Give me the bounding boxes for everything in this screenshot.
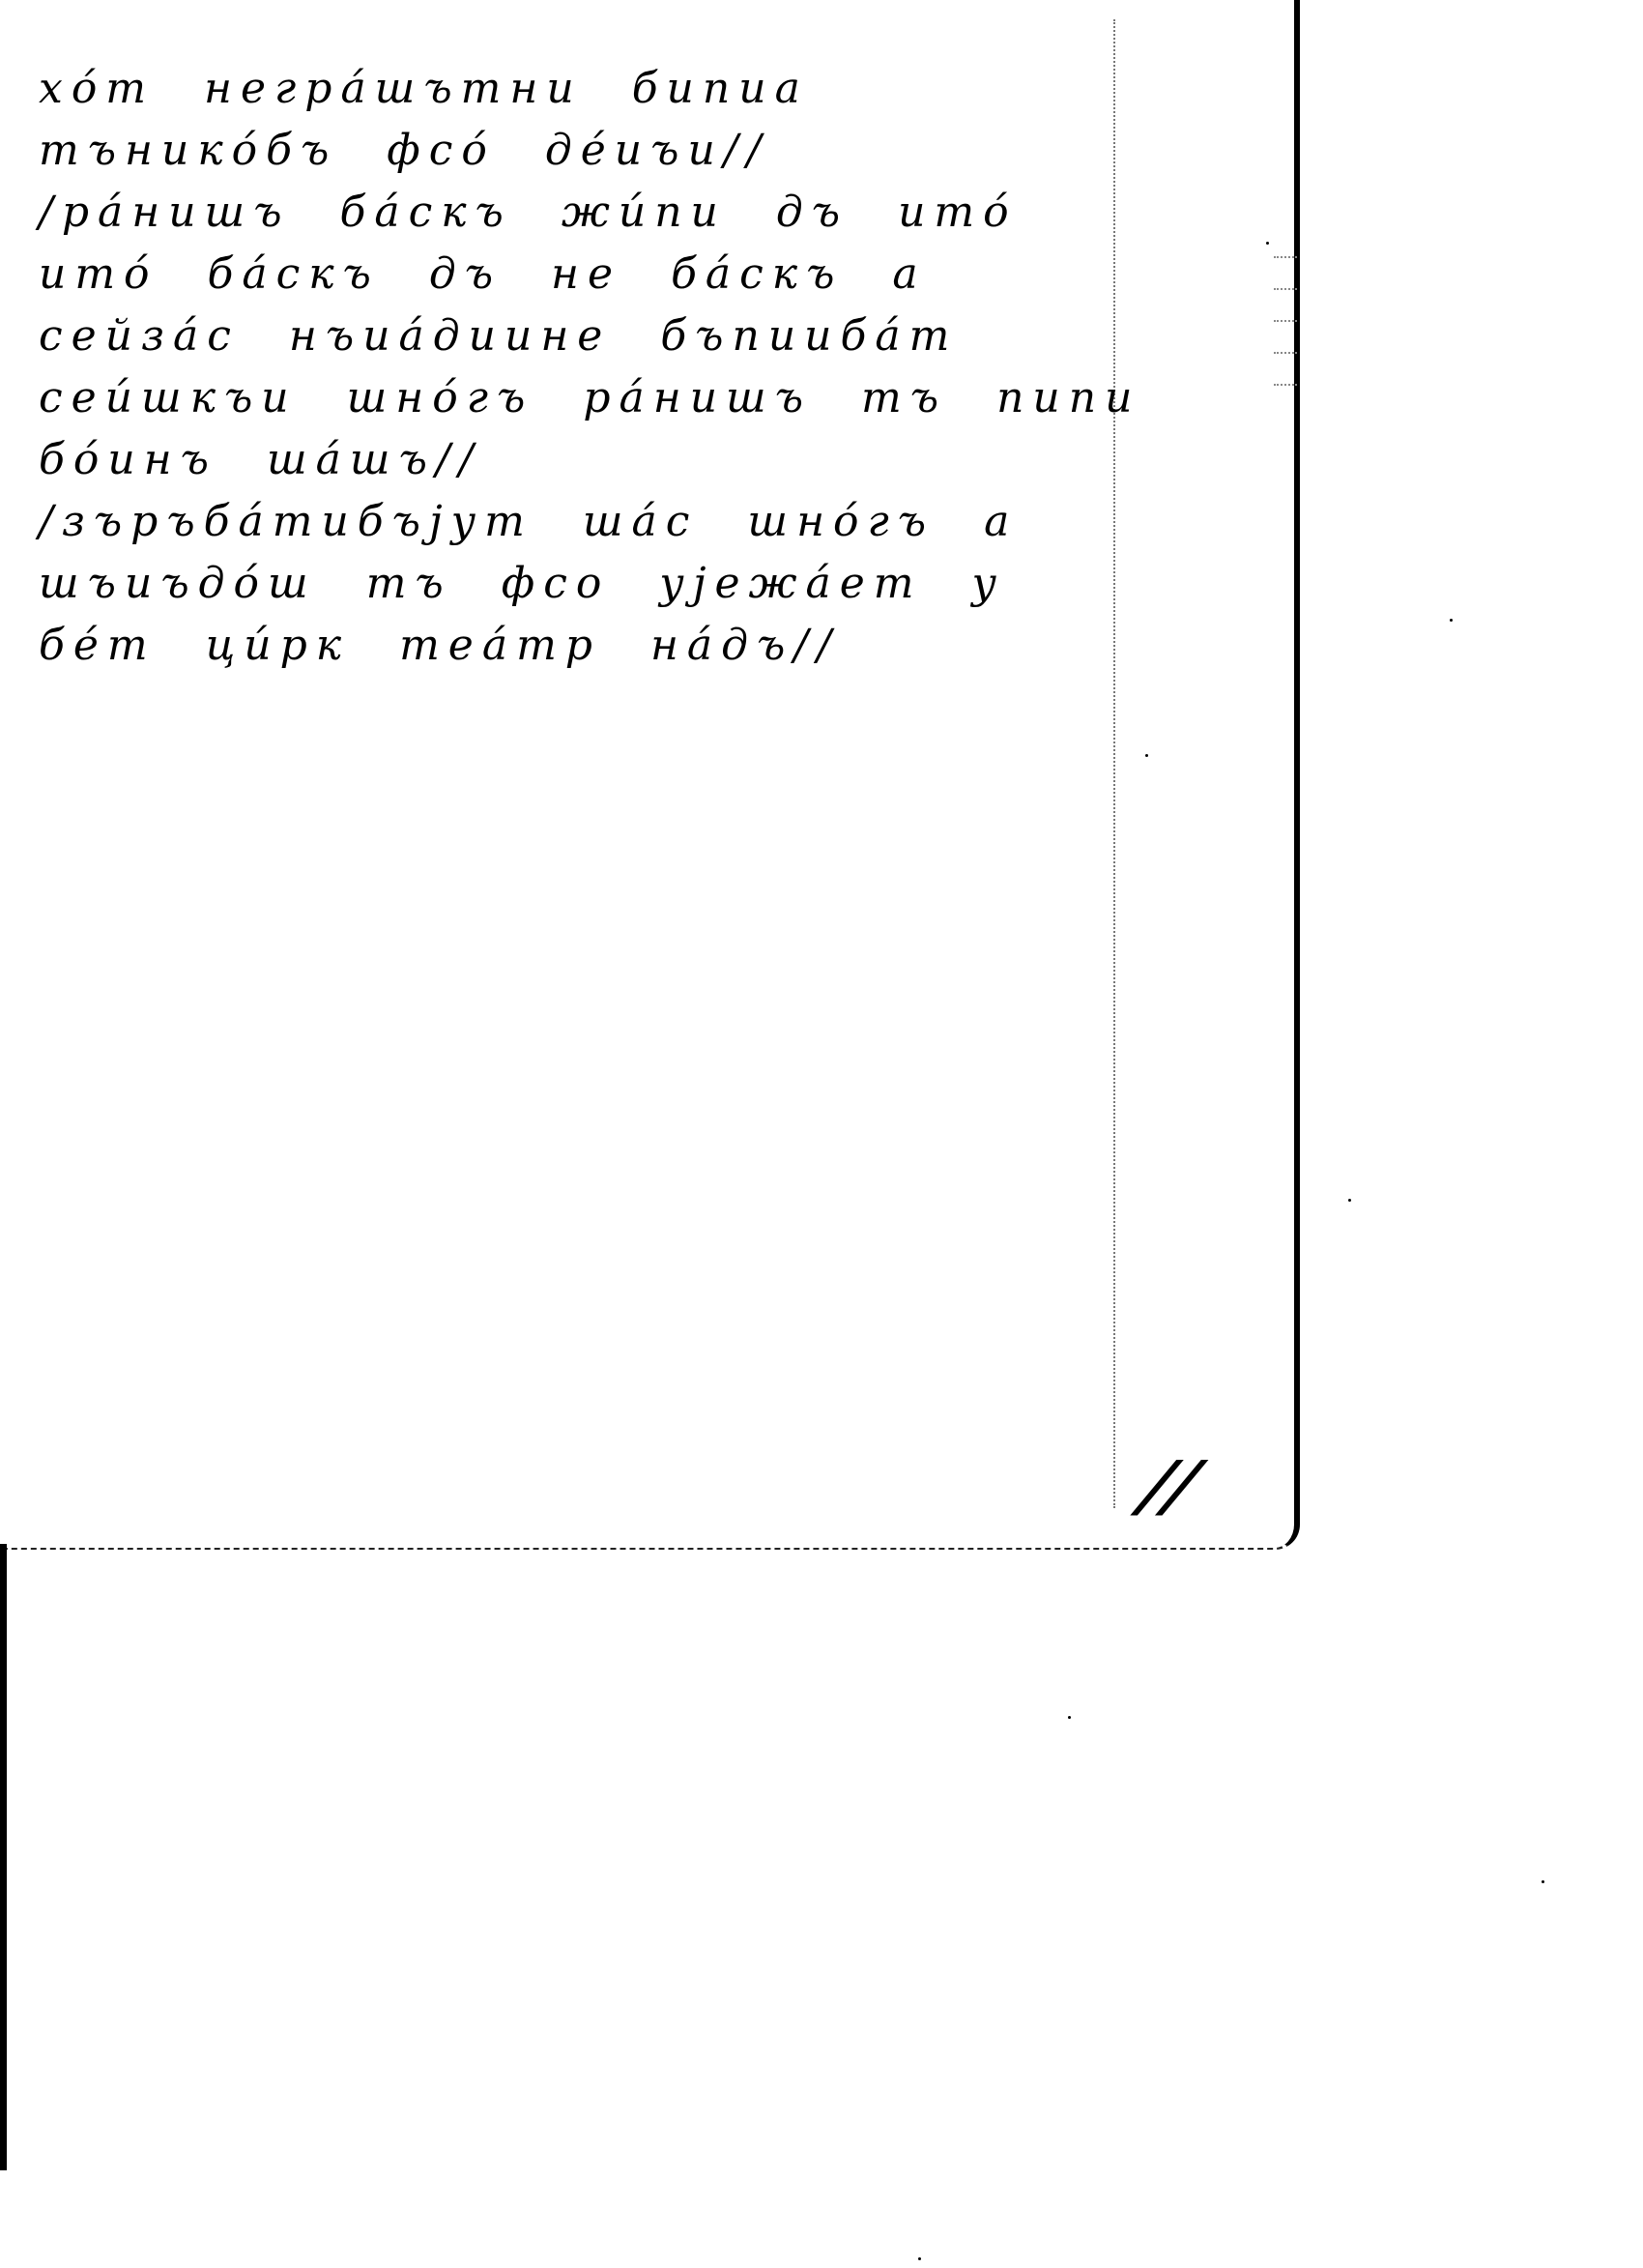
text-line: тъникóбъ фсó дéиъи//: [39, 120, 1131, 182]
scan-speck: [1266, 242, 1269, 245]
text-line: хóт негрáшътни бипиа: [39, 58, 1131, 120]
text-line: сеúшкъи шнóгъ рáнишъ тъ пипи: [39, 367, 1131, 429]
text-line: сейзáс нъиáдиине бъпиибáт: [39, 305, 1131, 367]
scan-speck: [1068, 1716, 1071, 1719]
text-line: бóинъ шáшъ//: [39, 429, 1131, 491]
scan-speck: [918, 2257, 921, 2260]
scan-speck: [1542, 1880, 1544, 1883]
index-card: хóт негрáшътни бипиа тъникóбъ фсó дéиъи/…: [0, 0, 1300, 1550]
text-line: /рáнишъ бáскъ жúпи дъ итó: [39, 182, 1131, 244]
scan-edge-bar: [0, 1544, 7, 2170]
text-line: шъиъдóш тъ фсо ујежáет у: [39, 553, 1131, 615]
text-line: бéт цúрк теáтр нáдъ//: [39, 615, 1131, 677]
end-mark: //: [1133, 1445, 1208, 1526]
edge-tick-marks: [1274, 256, 1297, 421]
handwritten-text: хóт негрáшътни бипиа тъникóбъ фсó дéиъи/…: [39, 58, 1131, 677]
scan-speck: [1145, 754, 1148, 757]
scan-speck: [1348, 1199, 1351, 1202]
text-line: итó бáскъ дъ не бáскъ а: [39, 244, 1131, 305]
text-line: /зъръбáтибъјут шáс шнóгъ а: [39, 491, 1131, 553]
scan-speck: [1450, 619, 1453, 622]
